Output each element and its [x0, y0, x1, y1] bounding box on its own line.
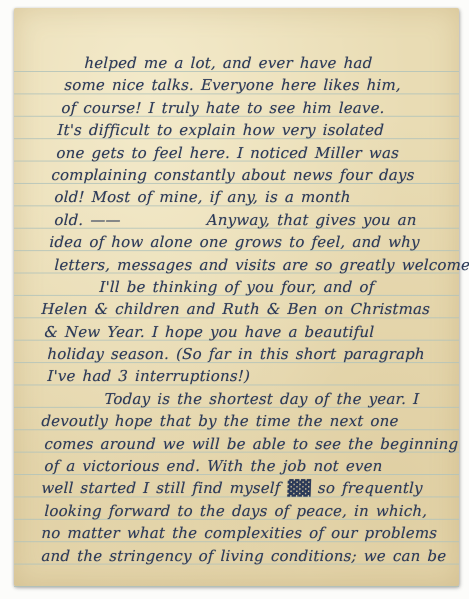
- handwritten-line-22: no matter what the complexities of our p…: [39, 522, 454, 544]
- line-8-left-fragment: old. ——: [54, 211, 121, 229]
- handwritten-line-20: well started I still find myself ▓▓ so f…: [39, 477, 454, 499]
- handwritten-line-4: It's difficult to explain how very isola…: [39, 119, 454, 141]
- handwritten-line-3: of course! I truly hate to see him leave…: [39, 97, 454, 119]
- handwritten-line-18: comes around we will be able to see the …: [39, 433, 454, 455]
- handwritten-line-13: & New Year. I hope you have a beautiful: [39, 321, 454, 343]
- handwritten-line-10: letters, messages and visits are so grea…: [39, 254, 454, 276]
- handwritten-line-1: helped me a lot, and ever have had: [39, 52, 454, 74]
- handwritten-line-15: I've had 3 interruptions!): [39, 365, 454, 387]
- photo-background: helped me a lot, and ever have had some …: [0, 0, 469, 599]
- line-8-right-fragment: Anyway, that gives you an: [206, 211, 417, 229]
- handwritten-line-14: holiday season. (So far in this short pa…: [39, 343, 454, 365]
- handwritten-line-23: and the stringency of living conditions;…: [39, 545, 454, 567]
- letter-page: helped me a lot, and ever have had some …: [14, 8, 459, 586]
- handwritten-line-21: looking forward to the days of peace, in…: [39, 500, 454, 522]
- handwritten-line-16: Today is the shortest day of the year. I: [39, 388, 454, 410]
- handwritten-line-17: devoutly hope that by the time the next …: [39, 410, 454, 432]
- handwritten-line-9: idea of how alone one grows to feel, and…: [39, 231, 454, 253]
- handwriting-block: helped me a lot, and ever have had some …: [39, 52, 453, 567]
- handwritten-line-7: old! Most of mine, if any, is a month: [39, 186, 454, 208]
- handwritten-line-12: Helen & children and Ruth & Ben on Chris…: [39, 298, 454, 320]
- handwritten-line-19: of a victorious end. With the job not ev…: [39, 455, 454, 477]
- handwritten-line-8: old. ——Anyway, that gives you an: [39, 209, 454, 231]
- handwritten-line-2: some nice talks. Everyone here likes him…: [39, 74, 454, 96]
- handwritten-line-5: one gets to feel here. I noticed Miller …: [39, 142, 454, 164]
- handwritten-line-11: I'll be thinking of you four, and of: [39, 276, 454, 298]
- handwritten-line-6: complaining constantly about news four d…: [39, 164, 454, 186]
